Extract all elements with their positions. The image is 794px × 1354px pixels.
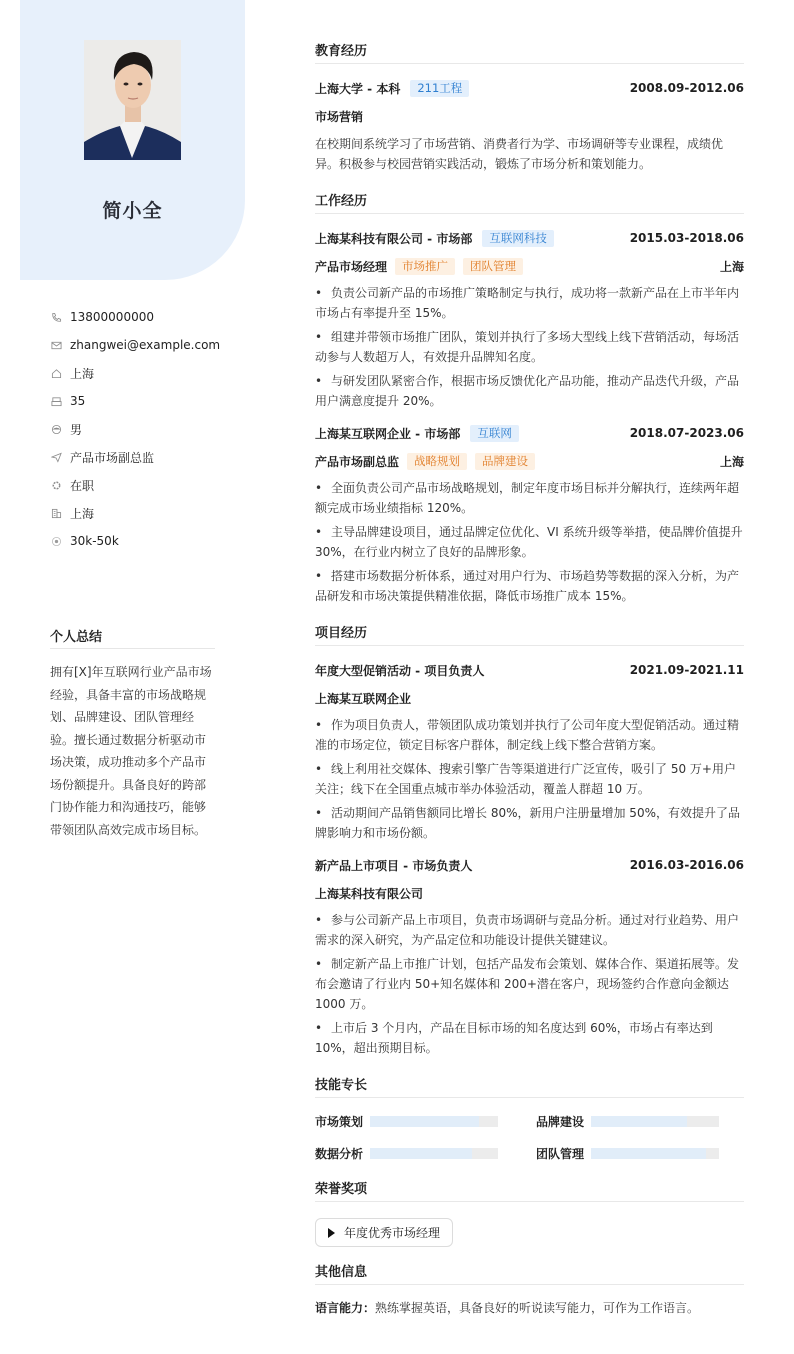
project-entry: 年度大型促销活动 - 项目负责人 2021.09-2021.11 上海某互联网企…	[315, 660, 744, 843]
skill-tag: 品牌建设	[475, 453, 535, 470]
language-line: 语言能力：熟练掌握英语，具备良好的听说读写能力，可作为工作语言。	[315, 1299, 744, 1316]
section-title: 工作经历	[315, 190, 744, 214]
personal-summary: 个人总结 拥有[X]年互联网行业产品市场经验，具备丰富的市场战略规划、品牌建设、…	[50, 626, 215, 841]
skill-tag: 团队管理	[463, 258, 523, 275]
profile-name: 简小全	[20, 196, 245, 223]
home-icon	[50, 367, 62, 379]
school-name: 上海大学 - 本科	[315, 80, 400, 97]
salary-icon	[50, 535, 62, 547]
project-period: 2021.09-2021.11	[630, 663, 744, 677]
building-icon	[50, 507, 62, 519]
skill-bar	[591, 1116, 719, 1127]
projects-section: 项目经历 年度大型促销活动 - 项目负责人 2021.09-2021.11 上海…	[315, 622, 744, 1058]
work-bullets: •全面负责公司产品市场战略规划，制定年度市场目标并分解执行，连续两年超额完成市场…	[315, 478, 744, 606]
contact-phone: 13800000000	[50, 303, 250, 331]
skill-bar	[370, 1148, 498, 1159]
summary-text: 拥有[X]年互联网行业产品市场经验，具备丰富的市场战略规划、品牌建设、团队管理经…	[50, 661, 215, 841]
awards-section: 荣誉奖项 年度优秀市场经理	[315, 1178, 744, 1247]
skill-bar	[370, 1116, 498, 1127]
contact-value: 男	[70, 421, 82, 438]
skill-item: 数据分析	[315, 1144, 536, 1162]
bullet-item: •负责公司新产品的市场推广策略制定与执行，成功将一款新产品在上市半年内市场占有率…	[315, 283, 744, 323]
skill-tag: 市场推广	[395, 258, 455, 275]
company-name: 上海某互联网企业 - 市场部	[315, 425, 460, 442]
major: 市场营销	[315, 108, 363, 125]
skill-name: 数据分析	[315, 1145, 370, 1162]
education-period: 2008.09-2012.06	[630, 81, 744, 95]
project-bullets: •作为项目负责人，带领团队成功策划并执行了公司年度大型促销活动。通过精准的市场定…	[315, 715, 744, 843]
contact-home: 上海	[50, 359, 250, 387]
skills-section: 技能专长 市场策划 品牌建设 数据分析 团队管理	[315, 1074, 744, 1162]
contact-position: 产品市场副总监	[50, 443, 250, 471]
contact-value: 35	[70, 394, 85, 408]
work-section: 工作经历 上海某科技有限公司 - 市场部互联网科技 2015.03-2018.0…	[315, 190, 744, 606]
contact-city: 上海	[50, 499, 250, 527]
contact-value: 13800000000	[70, 310, 154, 324]
skill-name: 品牌建设	[536, 1113, 591, 1130]
bullet-item: •全面负责公司产品市场战略规划，制定年度市场目标并分解执行，连续两年超额完成市场…	[315, 478, 744, 518]
work-entry: 上海某科技有限公司 - 市场部互联网科技 2015.03-2018.06 产品市…	[315, 228, 744, 411]
contact-age: 35	[50, 387, 250, 415]
skill-item: 团队管理	[536, 1144, 744, 1162]
work-period: 2018.07-2023.06	[630, 426, 744, 440]
section-title: 技能专长	[315, 1074, 744, 1098]
section-title: 项目经历	[315, 622, 744, 646]
contact-value: zhangwei@example.com	[70, 338, 220, 352]
project-org: 上海某科技有限公司	[315, 885, 423, 902]
gender-icon	[50, 423, 62, 435]
project-entry: 新产品上市项目 - 市场负责人 2016.03-2016.06 上海某科技有限公…	[315, 855, 744, 1058]
award-toggle-button[interactable]: 年度优秀市场经理	[315, 1218, 453, 1247]
section-title: 其他信息	[315, 1261, 744, 1285]
contact-value: 上海	[70, 365, 94, 382]
bullet-item: •与研发团队紧密合作，根据市场反馈优化产品功能，推动产品迭代升级，产品用户满意度…	[315, 371, 744, 411]
bullet-item: •主导品牌建设项目，通过品牌定位优化、VI 系统升级等举措，使品牌价值提升 30…	[315, 522, 744, 562]
contact-value: 在职	[70, 477, 94, 494]
skill-item: 品牌建设	[536, 1112, 744, 1130]
contact-value: 产品市场副总监	[70, 449, 154, 466]
main-content: 教育经历 上海大学 - 本科211工程 2008.09-2012.06 市场营销…	[315, 40, 744, 1332]
contact-status: 在职	[50, 471, 250, 499]
company-name: 上海某科技有限公司 - 市场部	[315, 230, 472, 247]
work-city: 上海	[720, 453, 744, 470]
section-title: 荣誉奖项	[315, 1178, 744, 1202]
mail-icon	[50, 339, 62, 351]
profile-photo	[84, 40, 181, 160]
triangle-right-icon	[328, 1228, 335, 1238]
other-section: 其他信息 语言能力：熟练掌握英语，具备良好的听说读写能力，可作为工作语言。	[315, 1261, 744, 1316]
skills-grid: 市场策划 品牌建设 数据分析 团队管理	[315, 1112, 744, 1162]
project-name: 年度大型促销活动 - 项目负责人	[315, 662, 484, 679]
bullet-item: •作为项目负责人，带领团队成功策划并执行了公司年度大型促销活动。通过精准的市场定…	[315, 715, 744, 755]
project-bullets: •参与公司新产品上市项目，负责市场调研与竞品分析。通过对行业趋势、用户需求的深入…	[315, 910, 744, 1058]
skill-bar-fill	[370, 1116, 479, 1127]
status-icon	[50, 479, 62, 491]
skill-name: 团队管理	[536, 1145, 591, 1162]
award-label: 年度优秀市场经理	[344, 1224, 440, 1241]
work-period: 2015.03-2018.06	[630, 231, 744, 245]
skill-tag: 战略规划	[407, 453, 467, 470]
education-desc: 在校期间系统学习了市场营销、消费者行为学、市场调研等专业课程，成绩优异。积极参与…	[315, 134, 744, 174]
education-section: 教育经历 上海大学 - 本科211工程 2008.09-2012.06 市场营销…	[315, 40, 744, 174]
work-city: 上海	[720, 258, 744, 275]
calendar-icon	[50, 395, 62, 407]
contact-salary: 30k-50k	[50, 527, 250, 555]
contact-gender: 男	[50, 415, 250, 443]
bullet-item: •活动期间产品销售额同比增长 80%，新用户注册量增加 50%，有效提升了品牌影…	[315, 803, 744, 843]
language-label: 语言能力：	[315, 1301, 375, 1315]
skill-bar-fill	[591, 1116, 687, 1127]
school-tag: 211工程	[410, 80, 469, 97]
send-icon	[50, 451, 62, 463]
language-text: 熟练掌握英语，具备良好的听说读写能力，可作为工作语言。	[375, 1301, 699, 1315]
bullet-item: •参与公司新产品上市项目，负责市场调研与竞品分析。通过对行业趋势、用户需求的深入…	[315, 910, 744, 950]
project-name: 新产品上市项目 - 市场负责人	[315, 857, 472, 874]
industry-tag: 互联网	[470, 425, 519, 442]
education-entry: 上海大学 - 本科211工程 2008.09-2012.06 市场营销 在校期间…	[315, 78, 744, 174]
job-role: 产品市场经理	[315, 258, 387, 275]
summary-title: 个人总结	[50, 626, 215, 649]
job-role: 产品市场副总监	[315, 453, 399, 470]
project-period: 2016.03-2016.06	[630, 858, 744, 872]
industry-tag: 互联网科技	[482, 230, 554, 247]
contact-email: zhangwei@example.com	[50, 331, 250, 359]
bullet-item: •搭建市场数据分析体系，通过对用户行为、市场趋势等数据的深入分析，为产品研发和市…	[315, 566, 744, 606]
bullet-item: •制定新产品上市推广计划，包括产品发布会策划、媒体合作、渠道拓展等。发布会邀请了…	[315, 954, 744, 1014]
skill-bar-fill	[591, 1148, 706, 1159]
contact-value: 上海	[70, 505, 94, 522]
work-bullets: •负责公司新产品的市场推广策略制定与执行，成功将一款新产品在上市半年内市场占有率…	[315, 283, 744, 411]
skill-item: 市场策划	[315, 1112, 536, 1130]
contact-value: 30k-50k	[70, 534, 119, 548]
bullet-item: •线上利用社交媒体、搜索引擎广告等渠道进行广泛宣传，吸引了 50 万+用户关注；…	[315, 759, 744, 799]
contact-list: 13800000000 zhangwei@example.com 上海 35 男…	[50, 303, 250, 555]
bullet-item: •组建并带领市场推广团队，策划并执行了多场大型线上线下营销活动，每场活动参与人数…	[315, 327, 744, 367]
skill-bar-fill	[370, 1148, 472, 1159]
phone-icon	[50, 311, 62, 323]
work-entry: 上海某互联网企业 - 市场部互联网 2018.07-2023.06 产品市场副总…	[315, 423, 744, 606]
skill-bar	[591, 1148, 719, 1159]
project-org: 上海某互联网企业	[315, 690, 411, 707]
skill-name: 市场策划	[315, 1113, 370, 1130]
section-title: 教育经历	[315, 40, 744, 64]
avatar-image	[84, 40, 181, 160]
bullet-item: •上市后 3 个月内，产品在目标市场的知名度达到 60%，市场占有率达到 10%…	[315, 1018, 744, 1058]
